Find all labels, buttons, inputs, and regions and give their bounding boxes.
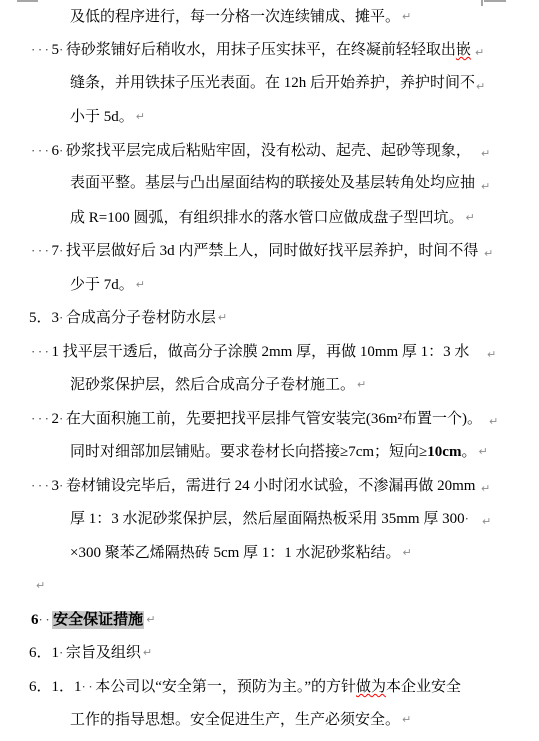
paragraph-mark-icon: ↵ [146, 613, 155, 626]
paragraph-mark-icon: ↵ [478, 445, 487, 458]
paragraph-mark-icon: ↵ [218, 311, 227, 324]
text-segment: 泥砂浆保护层，然后合成高分子卷材施工。 [70, 377, 355, 393]
paragraph-mark-icon: ↵ [357, 378, 366, 391]
text-segment: 3 [52, 478, 60, 494]
text-boundary-mark-top-right-vertical [481, 0, 483, 6]
text-segment: 找平层做好后 3d 内严禁上人，同时做好找平层养护，时间不得 [66, 243, 479, 259]
line-item-5: ···5·待砂浆铺好后稍收水，用抹子压实抹平，在终凝前轻轻取出嵌↵ [31, 39, 471, 61]
line-item-3: ···3·卷材铺设完毕后，需进行 24 小时闭水试验，不渗漏再做 20mm↵ [31, 475, 475, 497]
line-paragraph-continuation: 及低的程序进行，每一分格一次连续铺成、摊平。↵ [70, 6, 411, 28]
text-segment: 本公司以“安全第一，预防为主。”的方针 [95, 679, 356, 695]
text-segment: 10cm [427, 444, 461, 460]
paragraph-6-1-1: 6．1．1··本公司以“安全第一，预防为主。”的方针做为本企业安全 [29, 676, 461, 698]
line-item-5-cont: 缝条，并用铁抹子压光表面。在 12h 后开始养护，养护时间不↵ [70, 73, 475, 95]
paragraph-mark-icon: ↵ [143, 646, 152, 659]
space-dots: ··· [31, 344, 52, 359]
text-segment: 。 [461, 444, 476, 460]
spellcheck-flagged-text: 做为 [356, 679, 386, 695]
paragraph-mark-icon: ↵ [36, 579, 45, 592]
heading-5-3: 5．3·合成高分子卷材防水层↵ [29, 307, 227, 329]
paragraph-mark-icon: ↵ [487, 344, 496, 365]
paragraph-mark-icon: ↵ [402, 10, 411, 23]
text-segment: 缝条，并用铁抹子压光表面。在 12h 后开始养护，养护时间不 [70, 75, 475, 91]
line-item-3-cont: 厚 1：3 水泥砂浆保护层，然后屋面隔热板采用 35mm 厚 300·↵ [70, 508, 471, 530]
paragraph-mark-icon: ↵ [136, 278, 145, 291]
paragraph-mark-icon: ↵ [481, 478, 490, 499]
text-segment: 宗旨及组织 [66, 645, 141, 661]
paragraph-mark-icon: ↵ [489, 411, 498, 432]
line-item-6-cont: 表面平整。基层与凸出屋面结构的联接处及基层转角处均应抽↵ [70, 173, 475, 195]
space-dots: ··· [31, 42, 52, 57]
space-dots: · [59, 645, 66, 660]
space-dots: ··· [31, 411, 52, 426]
line-item-2-end: 同时对细部加层铺贴。要求卷材长向搭接≥7cm；短向≥10cm。↵ [70, 441, 488, 463]
text-segment: 5．3 [29, 310, 59, 326]
text-segment: 6 [31, 612, 39, 628]
line-item-2: ···2·在大面积施工前，先要把找平层排气管安装完(36m²布置一个)。↵ [31, 408, 482, 430]
space-dots: ·· [39, 612, 53, 627]
text-segment: 及低的程序进行，每一分格一次连续铺成、摊平。 [70, 9, 400, 25]
space-dots: ·· [82, 679, 96, 694]
line-item-3-end: ×300 聚苯乙烯隔热砖 5cm 厚 1：1 水泥砂浆粘结。↵ [70, 542, 412, 564]
text-segment: 在大面积施工前，先要把找平层排气管安装完(36m²布置一个)。 [66, 411, 482, 427]
text-segment: 卷材铺设完毕后，需进行 24 小时闭水试验，不渗漏再做 20mm [66, 478, 476, 494]
paragraph-mark-icon: ↵ [136, 110, 145, 123]
space-dots: · [59, 478, 66, 493]
text-segment: 1 [52, 344, 60, 360]
spellcheck-flagged-text: 嵌 [456, 42, 471, 58]
empty-line: ↵ [34, 575, 45, 597]
text-boundary-mark-top-left [17, 0, 38, 2]
document-page[interactable]: 及低的程序进行，每一分格一次连续铺成、摊平。↵···5·待砂浆铺好后稍收水，用抹… [0, 0, 539, 741]
space-dots: · [59, 310, 66, 325]
paragraph-mark-icon: ↵ [481, 176, 490, 197]
paragraph-mark-icon: ↵ [476, 76, 485, 97]
text-segment: 2 [52, 411, 60, 427]
text-segment: 厚 1：3 水泥砂浆保护层，然后屋面隔热板采用 35mm 厚 300 [70, 511, 465, 527]
paragraph-mark-icon: ↵ [465, 211, 474, 224]
paragraph-6-1-1-end: 工作的指导思想。安全促进生产，生产必须安全。↵ [70, 709, 411, 731]
heading-6: 6··安全保证措施↵ [31, 609, 155, 631]
text-segment: 砂浆找平层完成后粘贴牢固，没有松动、起壳、起砂等现象， [66, 143, 471, 159]
space-dots: ··· [31, 143, 52, 158]
space-dots: · [465, 511, 472, 526]
line-item-7: ···7·找平层做好后 3d 内严禁上人，同时做好找平层养护，时间不得↵ [31, 240, 478, 262]
paragraph-mark-icon: ↵ [484, 243, 493, 264]
line-item-7-end: 少于 7d。↵ [70, 274, 145, 296]
text-segment: 5 [52, 42, 60, 58]
line-item-6-end: 成 R=100 圆弧，有组织排水的落水管口应做成盘子型凹坑。↵ [70, 207, 475, 229]
text-segment: 表面平整。基层与凸出屋面结构的联接处及基层转角处均应抽 [70, 175, 475, 191]
line-item-6: ···6·砂浆找平层完成后粘贴牢固，没有松动、起壳、起砂等现象，↵ [31, 140, 471, 162]
text-segment: 小于 5d。 [70, 109, 134, 125]
text-segment: 工作的指导思想。安全促进生产，生产必须安全。 [70, 712, 400, 728]
paragraph-mark-icon: ↵ [403, 546, 412, 559]
text-segment: 安全保证措施 [52, 611, 144, 629]
paragraph-mark-icon: ↵ [481, 143, 490, 164]
space-dots: · [59, 42, 66, 57]
text-boundary-mark-top-right-horizontal [484, 0, 506, 2]
text-segment: 7 [52, 243, 60, 259]
paragraph-mark-icon: ↵ [475, 42, 484, 63]
paragraph-mark-icon: ↵ [482, 511, 491, 532]
space-dots: ··· [31, 243, 52, 258]
text-segment: ×300 聚苯乙烯隔热砖 5cm 厚 1：1 水泥砂浆粘结。 [70, 545, 401, 561]
space-dots: ··· [31, 478, 52, 493]
text-segment: 本企业安全 [386, 679, 461, 695]
text-segment: 成 R=100 圆弧，有组织排水的落水管口应做成盘子型凹坑。 [70, 210, 463, 226]
space-dots: · [59, 243, 66, 258]
text-segment: 同时对细部加层铺贴。要求卷材长向搭接≥7cm；短向≥ [70, 444, 427, 460]
text-segment: 合成高分子卷材防水层 [66, 310, 216, 326]
heading-6-1: 6．1·宗旨及组织↵ [29, 642, 152, 664]
text-segment: 找平层干透后，做高分子涂膜 2mm 厚，再做 10mm 厚 1：3 水 [63, 344, 470, 360]
text-segment: 6．1 [29, 645, 59, 661]
text-segment: 少于 7d。 [70, 277, 134, 293]
line-item-5-end: 小于 5d。↵ [70, 106, 145, 128]
text-segment: 6 [52, 143, 60, 159]
line-item-1-end: 泥砂浆保护层，然后合成高分子卷材施工。↵ [70, 374, 366, 396]
space-dots: · [59, 411, 66, 426]
text-segment: 待砂浆铺好后稍收水，用抹子压实抹平，在终凝前轻轻取出 [66, 42, 456, 58]
text-segment: 6．1．1 [29, 679, 82, 695]
space-dots: · [59, 143, 66, 158]
line-item-1: ···1 找平层干透后，做高分子涂膜 2mm 厚，再做 10mm 厚 1：3 水… [31, 341, 469, 363]
paragraph-mark-icon: ↵ [402, 713, 411, 726]
